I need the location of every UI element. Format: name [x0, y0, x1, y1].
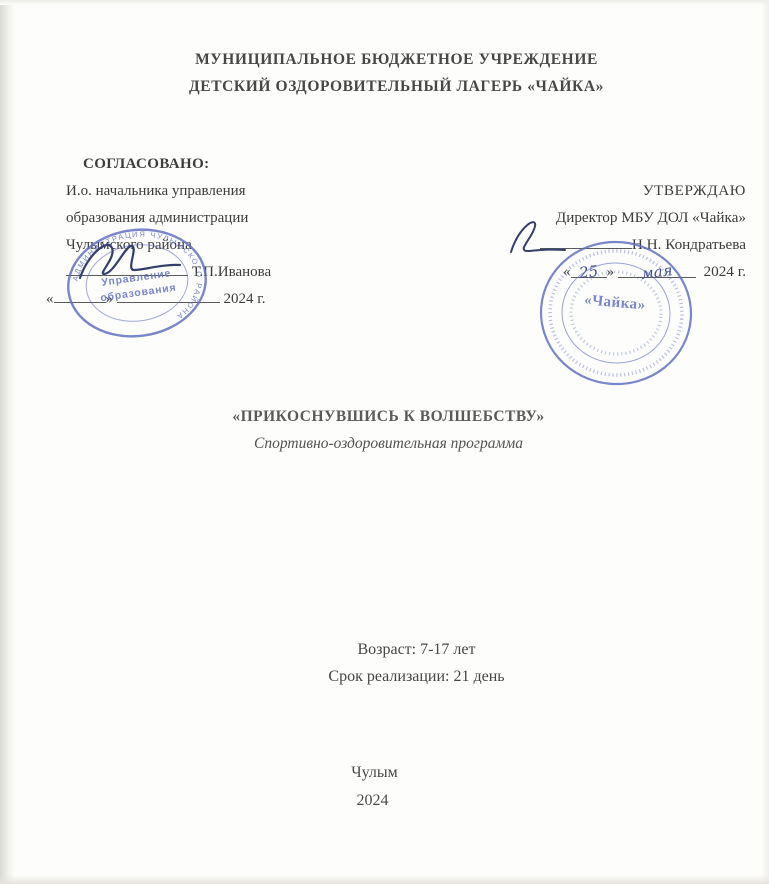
duration: Срок реализации: 21 день [32, 663, 769, 690]
agreed-label: СОГЛАСОВАНО: [83, 151, 316, 178]
agreed-line1: И.о. начальника управления [66, 178, 316, 205]
stamp-center-text: «Чайка» [584, 292, 647, 313]
org-name-line1: МУНИЦИПАЛЬНОЕ БЮДЖЕТНОЕ УЧРЕЖДЕНИЕ [12, 46, 769, 73]
age-range: Возраст: 7-17 лет [32, 636, 769, 663]
approved-label: УТВЕРЖДАЮ [480, 177, 746, 204]
signature-ink-left [74, 234, 194, 284]
scan-edge-top [0, 0, 769, 5]
footer-city: Чулым [0, 764, 759, 782]
program-title: «ПРИКОСНУВШИСЬ К ВОЛШЕБСТВУ» [4, 408, 769, 426]
quote-open: « [46, 291, 54, 307]
approved-year: 2024 г. [704, 263, 746, 280]
document-title-page: МУНИЦИПАЛЬНОЕ БЮДЖЕТНОЕ УЧРЕЖДЕНИЕ ДЕТСК… [0, 0, 769, 884]
organization-header: МУНИЦИПАЛЬНОЕ БЮДЖЕТНОЕ УЧРЕЖДЕНИЕ ДЕТСК… [12, 46, 769, 100]
program-subtitle: Спортивно-оздоровительная программа [4, 435, 769, 453]
org-name-line2: ДЕТСКИЙ ОЗДОРОВИТЕЛЬНЫЙ ЛАГЕРЬ «ЧАЙКА» [12, 73, 769, 100]
agreed-year: 2024 г. [224, 291, 266, 307]
signature-ink-right [503, 214, 573, 264]
scan-edge-bottom [0, 875, 769, 884]
footer-year: 2024 [0, 792, 757, 810]
program-details: Возраст: 7-17 лет Срок реализации: 21 де… [32, 636, 769, 690]
